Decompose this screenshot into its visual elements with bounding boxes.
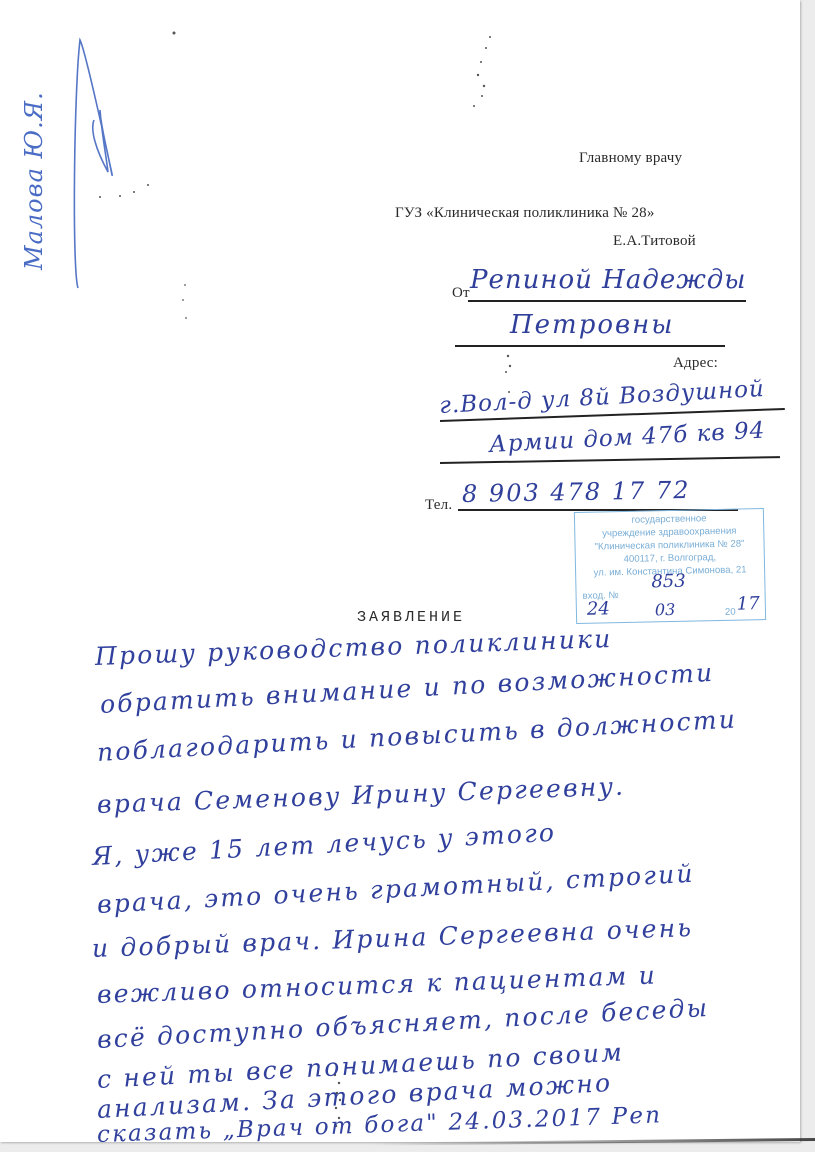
body-line: Прошу руководство поликлиники [94,624,612,671]
body-line: и добрый врач. Ирина Сергеевна очень [91,913,693,963]
address-label: Адрес: [673,355,718,372]
margin-resolution-text: Малова Ю.Я. [20,91,48,270]
underline [468,300,746,302]
registration-stamp: государственное учреждение здравоохранен… [574,508,766,624]
stamp-date-day: 24 [587,602,610,615]
margin-resolution: Малова Ю.Я. [20,0,48,45]
addressee-organization: ГУЗ «Клиническая поликлиника № 28» [395,205,655,222]
addressee-title: Главному врачу [579,150,682,167]
sender-surname-name: Репиной Надежды [470,265,746,295]
document-title: ЗАЯВЛЕНИЕ [357,609,465,626]
phone-value: 8 903 478 17 72 [462,476,691,508]
signature-icon [70,30,130,300]
document-page: Малова Ю.Я. Главному врачу ГУЗ «Клиничес… [0,0,800,1142]
underline [455,345,725,347]
address-line-1: г.Вол-д ул 8й Воздушной [439,376,766,419]
phone-label: Тел. [425,497,452,514]
body-line: врача Семенову Ирину Сергеевну. [96,772,625,819]
body-line: врача, это очень грамотный, строгий [96,859,695,919]
stamp-date-year-prefix: 20 [725,606,736,619]
address-line-2: Армии дом 47б кв 94 [489,418,766,458]
stamp-incoming-number: 853 [651,575,686,589]
body-line: Я, уже 15 лет лечусь у этого [91,818,557,871]
stamp-date-year-suffix: 17 [737,597,760,610]
stamp-date-month: 03 [655,603,676,616]
addressee-name: Е.А.Титовой [613,233,696,250]
sender-patronymic: Петровны [510,310,674,340]
